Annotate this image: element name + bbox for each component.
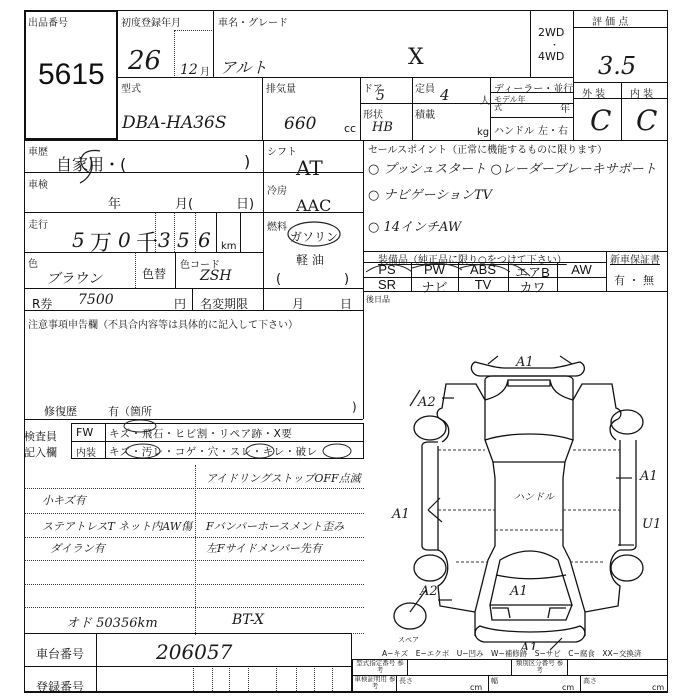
history-label: 車歴: [28, 143, 48, 158]
handle-label: ハンドル: [494, 122, 534, 137]
inspector-circle-marks: [105, 418, 367, 462]
load-unit: kg: [477, 127, 489, 138]
registration-label: 登録番号: [36, 678, 84, 695]
comment-left-1: 小キズ有: [42, 492, 86, 508]
doors: 5: [376, 88, 385, 104]
month-unit: 月: [200, 63, 210, 78]
mark-left-rear-fender: A2: [419, 584, 438, 599]
length-unit: cm: [470, 683, 482, 692]
repair-label: 修復歴: [44, 403, 77, 419]
mark-center-note: ハンドル: [514, 492, 555, 503]
mark-hatch: A1: [509, 584, 528, 599]
aircon-label: 冷房: [267, 182, 287, 197]
sales-point-1: ○ プッシュスタート ○レーダーブレーキサポート: [368, 158, 657, 177]
mileage-sen: 0: [118, 228, 131, 252]
fw-label: FW: [76, 426, 93, 439]
width-label: 幅: [491, 676, 498, 686]
capacity-unit: 人: [480, 92, 490, 107]
comment-right-1: アイドリングストップOFF点滅: [206, 470, 361, 486]
notes-label: 注意事項申告欄（不具合内容等は具体的に記入して下さい）: [28, 316, 298, 331]
shift-value: AT: [296, 156, 323, 180]
car-name: アルト: [220, 55, 267, 78]
height-unit: cm: [652, 683, 664, 692]
fuel-gasoline-circle: [282, 218, 348, 254]
displacement-unit: cc: [344, 122, 356, 135]
body-label: 形状: [363, 106, 383, 121]
color-value: ブラウン: [46, 268, 102, 288]
length-label: 長さ: [399, 676, 413, 686]
displacement-label: 排気量: [266, 80, 296, 95]
capacity: 4: [440, 86, 450, 104]
comment-left-3: ダイラン有: [50, 540, 105, 556]
first-reg-label: 初度登録年月: [121, 14, 181, 29]
odometer-note: オド 50356km: [66, 612, 158, 631]
spare-label: スペア: [398, 636, 419, 644]
mark-front-bumper: A1: [515, 355, 534, 370]
color-change-label: 色替: [142, 265, 166, 282]
inspector-label-2: 記入欄: [24, 444, 57, 460]
mileage-digit-1: 3: [158, 228, 171, 252]
mark-left-doors: A1: [391, 507, 410, 522]
car-name-label: 車名・グレード: [218, 14, 288, 29]
drive-4wd: 4WD: [538, 50, 564, 63]
model-label: 型式: [121, 80, 141, 95]
later-items-label: 後日品: [366, 294, 390, 305]
grade: X: [408, 45, 424, 70]
cert-label: 車検証明用 参考: [354, 676, 396, 690]
displacement: 660: [284, 114, 316, 134]
score-label: 評 価 点: [592, 13, 628, 28]
repair-value: 有（箇所: [108, 403, 152, 419]
model-year-unit: 年: [560, 100, 570, 115]
fuel-diesel: 軽 油: [296, 251, 324, 268]
inspection-month: 月(: [175, 193, 193, 212]
interior-check-label: 内装: [76, 444, 96, 459]
mileage-man: 5: [72, 228, 85, 252]
history-close: ): [244, 152, 250, 171]
exterior-grade: C: [590, 104, 611, 137]
comment-right-2: Fバンパーホースメント歪み: [206, 518, 344, 534]
sales-points-label: セールスポイント（正常に機能するものに限ります）: [368, 141, 607, 156]
mark-right-front-door: A1: [639, 469, 658, 484]
color-code: ZSH: [200, 268, 232, 284]
mileage-digit-2: 5: [177, 228, 190, 252]
car-diagram: A1 A2 A2 A1 A1 U1 A1 A1 ハンドル スペア: [380, 350, 670, 650]
lot-number-label: 出品番号: [28, 14, 68, 29]
repair-close: ): [352, 400, 357, 414]
color-label: 色: [28, 255, 38, 270]
history-circle-mark: [60, 145, 120, 185]
fuel-other-close: ): [344, 272, 349, 287]
inspection-year: 年: [108, 193, 121, 212]
inspection-label: 車検: [28, 176, 48, 191]
capacity-label: 定員: [415, 80, 435, 95]
chassis-number: 206057: [156, 640, 232, 664]
equipment-circle-marks: [360, 260, 570, 280]
mileage-label: 走行: [28, 216, 48, 231]
height-label: 高さ: [583, 676, 597, 686]
warranty-options: 有 ・ 無: [614, 272, 654, 288]
sales-point-2: ○ ナビゲーションTV: [368, 184, 492, 203]
recycle-value: 7500: [78, 292, 114, 308]
score: 3.5: [598, 52, 636, 80]
width-unit: cm: [562, 683, 574, 692]
interior-grade: C: [636, 104, 657, 137]
inspection-day: 日): [236, 193, 254, 212]
load-label: 積載: [415, 106, 435, 121]
shift-label: シフト: [267, 143, 297, 158]
inspector-label-1: 検査員: [24, 428, 57, 444]
mark-rear-bumper: A1: [519, 641, 538, 650]
mark-right-rear-door: U1: [642, 517, 661, 532]
body-type: HB: [372, 120, 393, 135]
model: DBA-HA36S: [122, 113, 227, 133]
mileage-digit-3: 6: [198, 228, 211, 252]
model-year-label: モデル年式: [494, 96, 530, 112]
first-reg-month: 12: [180, 62, 198, 78]
lot-number: 5615: [38, 58, 105, 92]
chassis-label: 車台番号: [36, 645, 84, 662]
comment-left-2: ステアトレスT ネット内AW傷: [42, 518, 192, 534]
comment-right-3: 左Fサイドメンバー先有: [206, 540, 322, 556]
mileage-unit: km: [221, 241, 237, 252]
class-number-label: 類別区分番号 参考: [513, 660, 566, 674]
fuel-other-open: (: [276, 272, 281, 287]
handle-options: 左・右: [538, 122, 568, 137]
first-reg-year: 26: [128, 46, 161, 76]
sales-point-3: ○ 14インチAW: [368, 216, 461, 235]
warranty-label: 新車保証書: [610, 251, 660, 266]
mark-left-front-fender: A2: [417, 395, 436, 410]
type-number-label: 型式指定番号 参考: [354, 660, 406, 674]
misc-note: BT-X: [232, 612, 264, 628]
